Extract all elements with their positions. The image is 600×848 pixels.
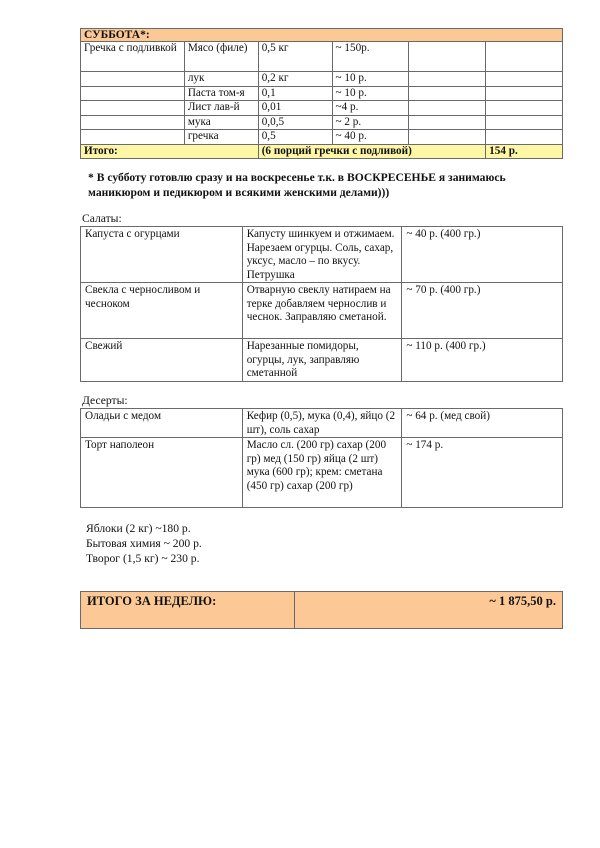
extra-item: Творог (1,5 кг) ~ 230 р.: [86, 551, 202, 566]
weekly-total-row: ИТОГО ЗА НЕДЕЛЮ: ~ 1 875,50 р.: [81, 592, 563, 629]
ingredient: Мясо (филе): [184, 42, 258, 72]
empty-cell: [409, 101, 486, 116]
table-row: Оладьи с медом Кефир (0,5), мука (0,4), …: [81, 409, 563, 438]
dessert-price: ~ 64 р. (мед свой): [402, 409, 563, 438]
total-value: 154 р.: [486, 144, 563, 159]
salads-table: Капуста с огурцами Капусту шинкуем и отж…: [80, 226, 563, 382]
weekly-total-table: ИТОГО ЗА НЕДЕЛЮ: ~ 1 875,50 р.: [80, 591, 563, 629]
ingredient: Лист лав-й: [184, 101, 258, 116]
extra-item: Яблоки (2 кг) ~180 р.: [86, 521, 202, 536]
saturday-header-row: СУББОТА*:: [81, 29, 563, 42]
price: ~ 10 р.: [332, 72, 409, 87]
empty-cell: [486, 130, 563, 145]
salad-name: Свежий: [81, 339, 243, 382]
ingredient: лук: [184, 72, 258, 87]
quantity: 0,2 кг: [258, 72, 332, 87]
salad-recipe: Отварную свеклу натираем на терке добавл…: [242, 283, 402, 339]
empty-cell: [81, 72, 185, 87]
dessert-name: Оладьи с медом: [81, 409, 243, 438]
dessert-recipe: Масло сл. (200 гр) сахар (200 гр) мед (1…: [242, 438, 402, 508]
empty-cell: [486, 42, 563, 72]
salad-recipe: Капусту шинкуем и отжимаем. Нарезаем огу…: [242, 227, 402, 283]
quantity: 0,0,5: [258, 115, 332, 130]
empty-cell: [81, 115, 185, 130]
empty-cell: [486, 101, 563, 116]
quantity: 0,5: [258, 130, 332, 145]
empty-cell: [486, 115, 563, 130]
table-row: лук 0,2 кг ~ 10 р.: [81, 72, 563, 87]
dessert-name: Торт наполеон: [81, 438, 243, 508]
empty-cell: [81, 130, 185, 145]
price: ~ 150р.: [332, 42, 409, 72]
empty-cell: [409, 42, 486, 72]
table-row: Свежий Нарезанные помидоры, огурцы, лук,…: [81, 339, 563, 382]
dish-name: Гречка с подливкой: [81, 42, 185, 72]
quantity: 0,01: [258, 101, 332, 116]
empty-cell: [81, 101, 185, 116]
salad-price: ~ 40 р. (400 гр.): [402, 227, 563, 283]
price: ~4 р.: [332, 101, 409, 116]
quantity: 0,1: [258, 86, 332, 101]
saturday-note: * В субботу готовлю сразу и на воскресен…: [88, 171, 558, 200]
saturday-title: СУББОТА*:: [81, 29, 563, 42]
salad-name: Свекла с черносливом и чесноком: [81, 283, 243, 339]
table-row: Гречка с подливкой Мясо (филе) 0,5 кг ~ …: [81, 42, 563, 72]
table-row: Паста том-я 0,1 ~ 10 р.: [81, 86, 563, 101]
ingredient: мука: [184, 115, 258, 130]
table-row: Свекла с черносливом и чесноком Отварную…: [81, 283, 563, 339]
empty-cell: [409, 72, 486, 87]
saturday-table: СУББОТА*: Гречка с подливкой Мясо (филе)…: [80, 28, 563, 159]
empty-cell: [409, 86, 486, 101]
saturday-total-row: Итого: (6 порций гречки с подливой) 154 …: [81, 144, 563, 159]
table-row: гречка 0,5 ~ 40 р.: [81, 130, 563, 145]
extra-item: Бытовая химия ~ 200 р.: [86, 536, 202, 551]
ingredient: Паста том-я: [184, 86, 258, 101]
table-row: Лист лав-й 0,01 ~4 р.: [81, 101, 563, 116]
desserts-table: Оладьи с медом Кефир (0,5), мука (0,4), …: [80, 408, 563, 508]
empty-cell: [409, 130, 486, 145]
total-label: Итого:: [81, 144, 259, 159]
table-row: Торт наполеон Масло сл. (200 гр) сахар (…: [81, 438, 563, 508]
empty-cell: [81, 86, 185, 101]
weekly-total-value: ~ 1 875,50 р.: [294, 592, 562, 629]
weekly-total-label: ИТОГО ЗА НЕДЕЛЮ:: [81, 592, 295, 629]
table-row: мука 0,0,5 ~ 2 р.: [81, 115, 563, 130]
dessert-price: ~ 174 р.: [402, 438, 563, 508]
empty-cell: [409, 115, 486, 130]
ingredient: гречка: [184, 130, 258, 145]
salads-label: Салаты:: [82, 212, 122, 225]
table-row: Капуста с огурцами Капусту шинкуем и отж…: [81, 227, 563, 283]
quantity: 0,5 кг: [258, 42, 332, 72]
price: ~ 2 р.: [332, 115, 409, 130]
salad-recipe: Нарезанные помидоры, огурцы, лук, заправ…: [242, 339, 402, 382]
salad-price: ~ 110 р. (400 гр.): [402, 339, 563, 382]
empty-cell: [486, 72, 563, 87]
salad-name: Капуста с огурцами: [81, 227, 243, 283]
dessert-recipe: Кефир (0,5), мука (0,4), яйцо (2 шт), со…: [242, 409, 402, 438]
extra-purchases: Яблоки (2 кг) ~180 р. Бытовая химия ~ 20…: [86, 521, 202, 566]
salad-price: ~ 70 р. (400 гр.): [402, 283, 563, 339]
empty-cell: [486, 86, 563, 101]
price: ~ 40 р.: [332, 130, 409, 145]
total-note: (6 порций гречки с подливой): [258, 144, 485, 159]
desserts-label: Десерты:: [82, 394, 128, 407]
price: ~ 10 р.: [332, 86, 409, 101]
